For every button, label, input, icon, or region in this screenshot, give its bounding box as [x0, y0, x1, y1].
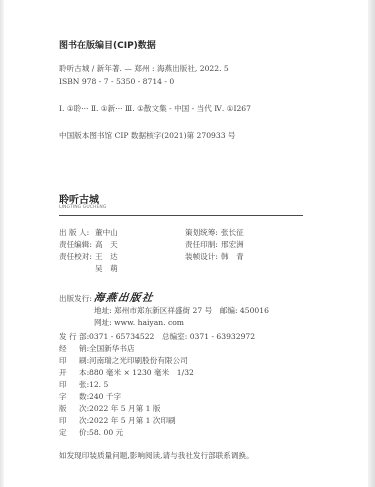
credit-editor: 责任编辑:高 天	[59, 239, 118, 250]
credit-planner: 策划统筹:张长征	[185, 227, 244, 238]
credit-label: 装帧设计:	[185, 251, 221, 262]
spec-row-distribution-dept: 发行部:0371 - 65734522 总编室: 0371 - 63932972	[59, 331, 255, 342]
spec-value: 240 千字	[89, 392, 121, 401]
credit-label: 责任校对:	[59, 251, 95, 262]
spec-label: 字	[59, 391, 79, 402]
publisher-logo: 海燕出版社	[93, 290, 155, 305]
spec-label: 价:	[79, 427, 89, 438]
quality-notice: 如发现印装质量问题,影响阅读,请与我社发行部联系调换。	[59, 450, 254, 461]
credit-print-manager: 责任印制:邢宏洲	[185, 239, 244, 250]
spec-row-seller: 经销:全国新华书店	[59, 343, 135, 354]
spec-label: 行	[69, 331, 77, 342]
spec-label: 次:	[79, 415, 89, 426]
spec-row-printing: 印次:2022 年 5 月第 1 次印刷	[59, 415, 176, 426]
credit-designer: 装帧设计:韩 青	[185, 251, 244, 262]
publisher-website: 网址: www. haiyan. com	[94, 317, 184, 328]
cip-classification: Ⅰ. ①聆··· Ⅱ. ①新··· Ⅲ. ①散文集 - 中国 - 当代 Ⅳ. ①…	[59, 103, 251, 114]
cip-isbn: ISBN 978 - 7 - 5350 - 8714 - 0	[59, 77, 174, 86]
spec-row-printer: 印刷:河南瑞之光印刷股份有限公司	[59, 355, 188, 366]
spec-value: 12. 5	[89, 380, 108, 389]
publisher-address: 地址: 郑州市郑东新区祥盛街 27 号 邮编: 450016	[94, 305, 269, 316]
spec-label: 印	[59, 415, 79, 426]
credit-value: 韩 青	[221, 252, 244, 261]
spec-label: 发	[59, 331, 67, 342]
spec-row-sheets: 印张:12. 5	[59, 379, 108, 390]
credit-value: 董中山	[95, 228, 118, 237]
spec-label: 版	[59, 403, 79, 414]
spec-label: 数:	[79, 391, 89, 402]
spec-value: 全国新华书店	[89, 344, 135, 353]
cip-heading: 图书在版编目(CIP)数据	[59, 38, 156, 51]
spec-label: 部:	[79, 331, 89, 342]
credit-proofreader-2: 吴 萌	[59, 263, 118, 274]
credit-value: 王 达	[95, 252, 118, 261]
spec-label: 印	[59, 355, 79, 366]
spec-value: 58. 00 元	[89, 428, 123, 437]
spec-label: 经	[59, 343, 79, 354]
book-title: 聆听古城	[59, 191, 99, 206]
cip-core-number: 中国版本图书馆 CIP 数据核字(2021)第 270933 号	[59, 130, 236, 141]
spec-value: 2022 年 5 月第 1 版	[89, 404, 160, 413]
spec-value: 河南瑞之光印刷股份有限公司	[89, 356, 188, 365]
credit-label: 责任编辑:	[59, 239, 95, 250]
spec-value: 2022 年 5 月第 1 次印刷	[89, 416, 176, 425]
spec-label: 本:	[79, 367, 89, 378]
spec-label: 次:	[79, 403, 89, 414]
spec-row-word-count: 字数:240 千字	[59, 391, 121, 402]
credit-value: 吴 萌	[95, 264, 118, 273]
spec-row-format: 开本:880 毫米 × 1230 毫米 1/32	[59, 367, 194, 378]
publisher-line: 出版发行:海燕出版社	[59, 290, 154, 305]
credit-value: 邢宏洲	[221, 240, 244, 249]
spec-value: 0371 - 65734522 总编室: 0371 - 63932972	[89, 332, 255, 341]
cip-title-line: 聆听古城 / 新年著. — 郑州 : 海燕出版社, 2022. 5	[59, 63, 229, 74]
spec-row-edition: 版次:2022 年 5 月第 1 版	[59, 403, 160, 414]
spec-label: 开	[59, 367, 79, 378]
credit-value: 张长征	[221, 228, 244, 237]
book-pinyin: LINGTING GUCHENG	[59, 205, 107, 210]
page-edge-left	[0, 0, 4, 487]
publisher-label: 出版发行:	[59, 293, 94, 304]
credit-publisher-person: 出 版 人:董中山	[59, 227, 118, 238]
spec-row-price: 定价:58. 00 元	[59, 427, 123, 438]
credit-label: 责任印制:	[185, 239, 221, 250]
spec-label: 销:	[79, 343, 89, 354]
credit-proofreader: 责任校对:王 达	[59, 251, 118, 262]
credit-value: 高 天	[95, 240, 118, 249]
divider-rule	[59, 215, 303, 216]
credit-label: 策划统筹:	[185, 227, 221, 238]
spec-label: 定	[59, 427, 79, 438]
spec-label: 张:	[79, 379, 89, 390]
spec-label: 印	[59, 379, 79, 390]
spec-value: 880 毫米 × 1230 毫米 1/32	[89, 368, 194, 377]
credit-label: 出 版 人:	[59, 227, 95, 238]
page-edge-right	[368, 0, 375, 487]
spec-label: 刷:	[79, 355, 89, 366]
